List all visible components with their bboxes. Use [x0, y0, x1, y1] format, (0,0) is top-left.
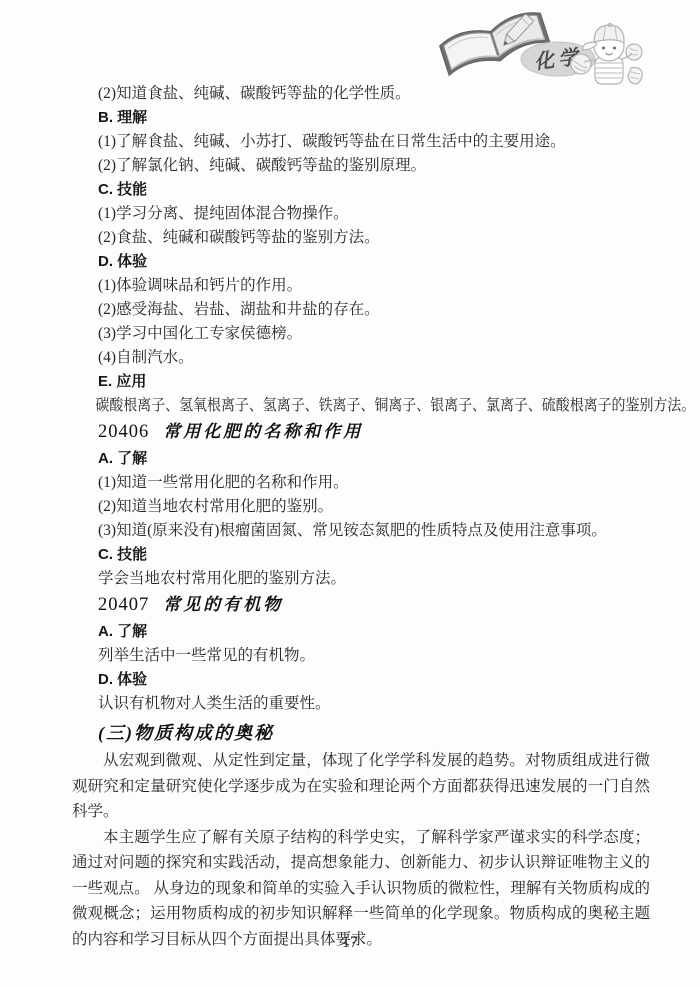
- section-number: 20407: [98, 595, 149, 615]
- requirement-item: (2)食盐、纯碱和碳酸钙等盐的鉴别方法。: [72, 226, 650, 250]
- section-heading-20406: 20406常用化肥的名称和作用: [72, 418, 650, 447]
- grade-label: E. 应用: [72, 370, 650, 394]
- header-illustration: 化学: [432, 2, 674, 92]
- requirement-item: (2)感受海盐、岩盐、湖盐和井盐的存在。: [72, 298, 650, 322]
- requirement-item: (1)知道一些常用化肥的名称和作用。: [72, 471, 650, 495]
- header-illustration-svg: 化学: [432, 2, 674, 92]
- section-title: 常用化肥的名称和作用: [163, 422, 363, 441]
- requirement-item: (2)知道食盐、纯碱、碳酸钙等盐的化学性质。: [72, 82, 650, 106]
- section-title: 常见的有机物: [163, 595, 283, 614]
- grade-label: C. 技能: [72, 543, 650, 567]
- body-paragraph: 本主题学生应了解有关原子结构的科学史实，了解科学家严谨求实的科学态度；通过对问题…: [72, 825, 650, 953]
- page-number: 17: [342, 934, 358, 951]
- requirement-item: (4)自制汽水。: [72, 346, 650, 370]
- page-content: (2)知道食盐、纯碱、碳酸钙等盐的化学性质。 B. 理解 (1)了解食盐、纯碱、…: [72, 82, 650, 952]
- requirement-item: (3)知道(原来没有)根瘤菌固氮、常见铵态氮肥的性质特点及使用注意事项。: [72, 519, 650, 543]
- section-heading-20407: 20407常见的有机物: [72, 591, 650, 620]
- grade-label: D. 体验: [72, 250, 650, 274]
- requirement-item: (3)学习中国化工专家侯德榜。: [72, 322, 650, 346]
- requirement-item: 列举生活中一些常见的有机物。: [72, 644, 650, 668]
- grade-label: B. 理解: [72, 106, 650, 130]
- cartoon-boy-icon: [571, 23, 642, 84]
- requirement-item: (1)了解食盐、纯碱、小苏打、碳酸钙等盐在日常生活中的主要用途。: [72, 130, 650, 154]
- grade-label: C. 技能: [72, 178, 650, 202]
- subsection-label: (三): [98, 723, 134, 743]
- subsection-heading: (三)物质构成的奥秘: [72, 718, 650, 748]
- requirement-item: 认识有机物对人类生活的重要性。: [72, 692, 650, 716]
- requirement-item: (2)知道当地农村常用化肥的鉴别。: [72, 495, 650, 519]
- requirement-item: (1)体验调味品和钙片的作用。: [72, 274, 650, 298]
- requirement-item: 学会当地农村常用化肥的鉴别方法。: [72, 567, 650, 591]
- grade-label: D. 体验: [72, 668, 650, 692]
- subsection-title: 物质构成的奥秘: [134, 723, 274, 743]
- requirement-item: (2)了解氯化钠、纯碱、碳酸钙等盐的鉴别原理。: [72, 154, 650, 178]
- section-number: 20406: [98, 422, 149, 442]
- grade-label: A. 了解: [72, 447, 650, 471]
- requirement-item: (1)学习分离、提纯固体混合物操作。: [72, 202, 650, 226]
- body-paragraph: 从宏观到微观、从定性到定量，体现了化学学科发展的趋势。对物质组成进行微观研究和定…: [72, 748, 650, 825]
- requirement-item: 碳酸根离子、氢氧根离子、氢离子、铁离子、铜离子、银离子、氯离子、硫酸根离子的鉴别…: [72, 394, 592, 418]
- document-page: 化学: [0, 0, 700, 986]
- grade-label: A. 了解: [72, 620, 650, 644]
- page-footer: 17: [0, 934, 700, 952]
